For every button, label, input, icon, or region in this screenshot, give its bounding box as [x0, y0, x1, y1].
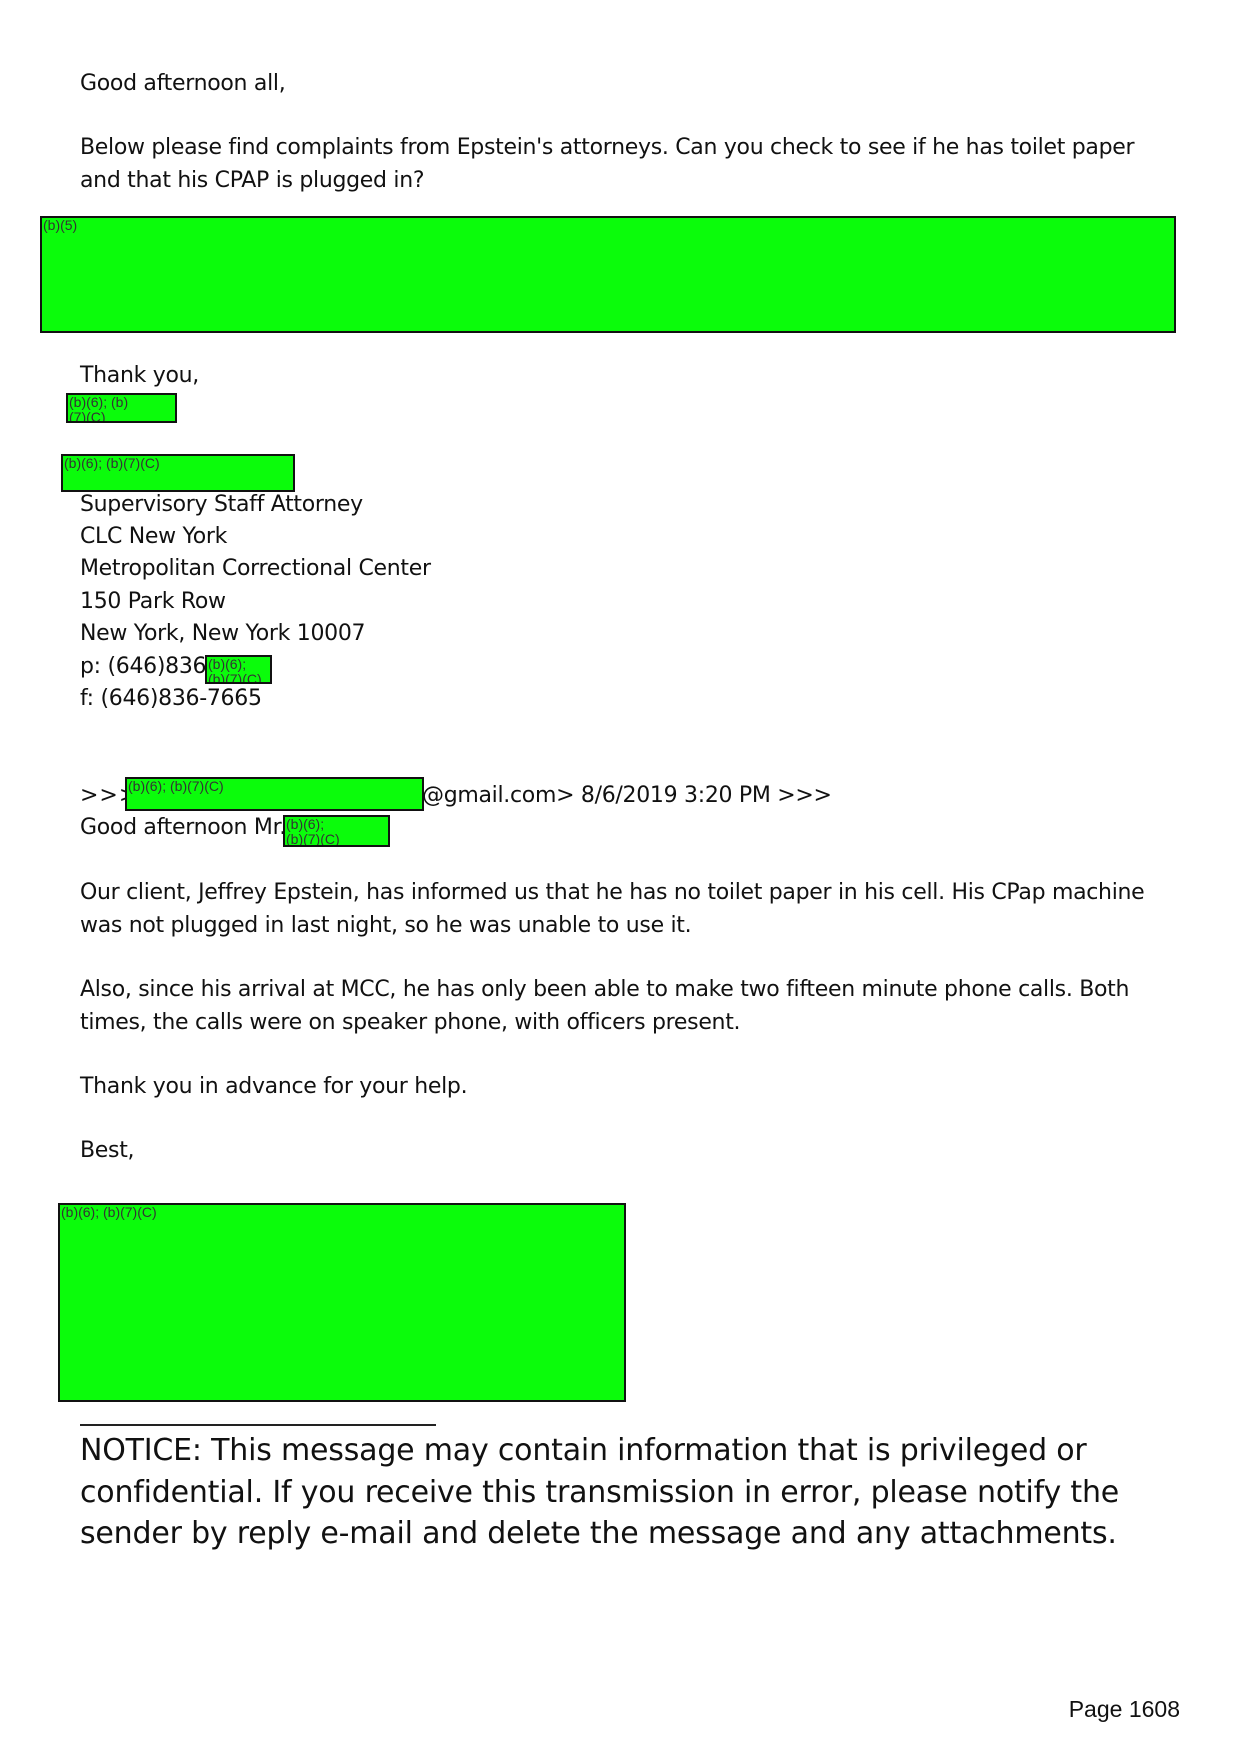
signature-fax: f: (646)836-7665: [80, 686, 262, 712]
redaction-label: (b)(6); (b)(7)(C): [128, 779, 224, 794]
redaction-sender-email: (b)(6); (b)(7)(C): [125, 777, 424, 811]
signature-facility: Metropolitan Correctional Center: [80, 556, 431, 582]
confidentiality-notice: NOTICE: This message may contain informa…: [80, 1430, 1190, 1555]
page-number: Page 1608: [1069, 1696, 1180, 1723]
redaction-label: (b)(6); (b)(7)(C): [208, 657, 264, 684]
intro-paragraph: Below please find complaints from Epstei…: [80, 132, 1180, 197]
closing: Thank you,: [80, 363, 199, 389]
redaction-attorney-signature: (b)(6); (b)(7)(C): [58, 1203, 626, 1402]
redaction-sender-name: (b)(6); (b)(7)(C): [61, 454, 295, 492]
redaction-recipient-name: (b)(6); (b)(7)(C): [283, 815, 390, 847]
quoted-salutation: Good afternoon Mr.: [80, 815, 286, 841]
redaction-label: (b)(6); (b)(7)(C): [61, 1205, 157, 1220]
redaction-label: (b)(5): [43, 218, 77, 233]
signature-title: Supervisory Staff Attorney: [80, 492, 363, 518]
signature-street: 150 Park Row: [80, 589, 226, 615]
signature-city: New York, New York 10007: [80, 621, 365, 647]
quoted-paragraph-3: Thank you in advance for your help.: [80, 1074, 467, 1100]
redaction-b5: (b)(5): [40, 216, 1176, 333]
redaction-sender-initials: (b)(6); (b)(7)(C): [66, 393, 177, 423]
redaction-label: (b)(6); (b)(7)(C): [69, 395, 139, 423]
quoted-header-suffix: @gmail.com> 8/6/2019 3:20 PM >>>: [422, 783, 832, 809]
greeting: Good afternoon all,: [80, 71, 285, 97]
redaction-label: (b)(6); (b)(7)(C): [286, 817, 342, 847]
quoted-signoff: Best,: [80, 1138, 134, 1164]
signature-divider: [80, 1424, 436, 1426]
quoted-paragraph-1: Our client, Jeffrey Epstein, has informe…: [80, 877, 1180, 942]
signature-office: CLC New York: [80, 524, 227, 550]
redaction-phone-extension: (b)(6); (b)(7)(C): [205, 655, 272, 684]
quoted-paragraph-2: Also, since his arrival at MCC, he has o…: [80, 974, 1180, 1039]
redaction-label: (b)(6); (b)(7)(C): [64, 456, 160, 471]
signature-phone: p: (646)836-: [80, 654, 214, 680]
